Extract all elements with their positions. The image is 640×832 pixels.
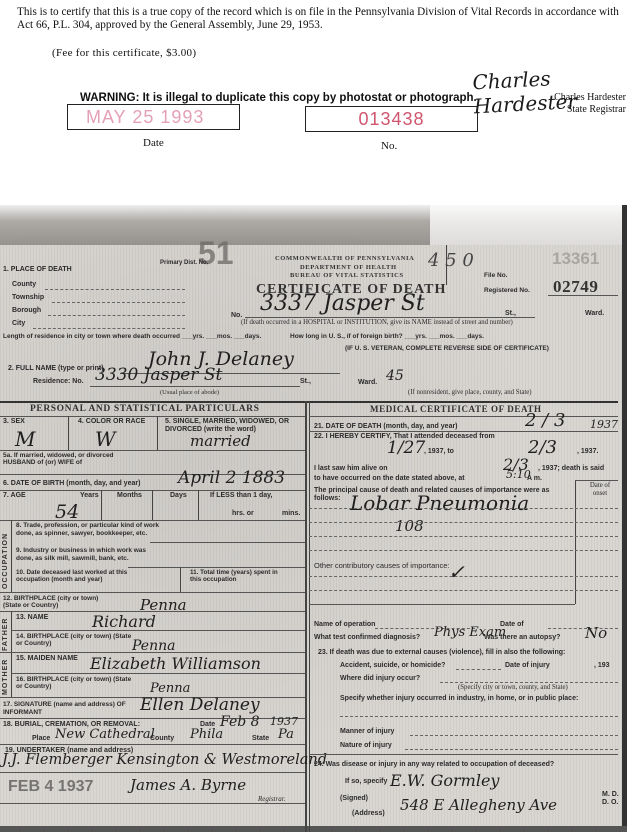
accident-line xyxy=(456,669,501,670)
full-name-label: 2. FULL NAME (type or print) xyxy=(8,365,104,372)
duplication-warning: WARNING: It is illegal to duplicate this… xyxy=(80,92,477,104)
mother-birthplace-label: 16. BIRTHPLACE (city or town) (State or … xyxy=(16,676,136,690)
sex-value: M xyxy=(15,427,35,451)
registrar-title: State Registrar xyxy=(538,104,626,116)
agency-line2: DEPARTMENT OF HEALTH xyxy=(300,264,397,271)
rule xyxy=(0,450,305,451)
rule xyxy=(0,772,305,773)
attended-from-year: , 1937, to xyxy=(424,448,454,455)
scan-edge-bottom xyxy=(0,826,627,832)
father-name-label: 13. NAME xyxy=(16,614,48,621)
nonresident-note: (If nonresident, give place, county, and… xyxy=(408,389,532,396)
burial-place-value: New Cathedral xyxy=(55,727,155,742)
city-line xyxy=(33,328,185,329)
number-label: No. xyxy=(381,140,397,152)
rule xyxy=(575,480,618,481)
divider xyxy=(152,490,153,520)
date-stamp: MAY 25 1993 xyxy=(86,107,204,128)
occupation-related-label: 24. Was disease or injury in any way rel… xyxy=(314,761,554,768)
father-birthplace-label: 14. BIRTHPLACE (city or town) (State or … xyxy=(16,633,136,647)
registered-no-value: 02749 xyxy=(553,277,599,297)
physician-address: 548 E Allegheny Ave xyxy=(400,796,557,814)
rule xyxy=(11,630,305,631)
where-line xyxy=(440,682,618,683)
divider xyxy=(446,245,447,285)
divider xyxy=(11,520,12,592)
filed-stamp: FEB 4 1937 xyxy=(8,778,93,796)
ward-label: Ward. xyxy=(585,310,604,317)
spouse-label: 5a. If married, widowed, or divorced HUS… xyxy=(3,452,133,466)
rule xyxy=(0,592,305,593)
borough-label: Borough xyxy=(12,307,41,314)
physician-signature: E.W. Gormley xyxy=(390,771,499,790)
us-length-label: How long in U. S., if of foreign birth? … xyxy=(290,333,484,340)
personal-section-title: PERSONAL AND STATISTICAL PARTICULARS xyxy=(30,404,260,414)
primary-dist-value: 51 xyxy=(198,235,234,272)
race-value: W xyxy=(95,427,116,451)
burial-county-label: County xyxy=(150,735,174,742)
operation-label: Name of operation xyxy=(314,621,375,628)
residence-label: Residence: No. xyxy=(33,378,84,385)
veteran-note: (IF U. S. VETERAN, COMPLETE REVERSE SIDE… xyxy=(345,345,549,352)
trade-label: 8. Trade, profession, or particular kind… xyxy=(16,522,166,537)
abode-note: (Usual place of abode) xyxy=(160,389,219,396)
death-street-value: 3337 Jasper St xyxy=(260,291,425,316)
scan-edge xyxy=(622,205,627,832)
external-causes-label: 23. If death was due to external causes … xyxy=(318,649,565,656)
manner-label: Manner of injury xyxy=(340,728,394,735)
death-certificate-scan: 51 Primary Dist. No. COMMONWEALTH OF PEN… xyxy=(0,205,627,832)
occupation-side-label: OCCUPATION xyxy=(2,533,9,589)
autopsy-label: Was there an autopsy? xyxy=(484,634,560,641)
contributory-label: Other contributory causes of importance: xyxy=(314,561,449,570)
occurred-label: to have occurred on the date stated abov… xyxy=(314,475,465,482)
industry-line xyxy=(128,567,305,568)
date-stamp-box: MAY 25 1993 xyxy=(67,104,240,130)
onset-divider xyxy=(575,480,576,604)
ward-value: 45 xyxy=(386,368,404,384)
injury-date-label: Date of injury xyxy=(505,662,550,669)
where-label: Where did injury occur? xyxy=(340,675,420,682)
md-label: M. D. xyxy=(602,791,619,798)
burial-place-label: Place xyxy=(32,735,50,742)
rule xyxy=(548,295,618,296)
divider xyxy=(180,567,181,592)
rule xyxy=(309,522,618,523)
nature-label: Nature of injury xyxy=(340,742,392,749)
rule xyxy=(309,576,618,577)
autopsy-value: No xyxy=(585,624,607,642)
dob-label: 6. DATE OF BIRTH (month, day, and year) xyxy=(3,480,140,487)
mother-birthplace-value: Penna xyxy=(150,681,190,696)
number-stamp-box: 013438 xyxy=(305,106,478,132)
rule xyxy=(309,431,618,432)
hospital-note: (If death occurred in a HOSPITAL or INST… xyxy=(241,319,513,326)
months-label: Months xyxy=(117,492,142,499)
registrar-block: Charles Hardester State Registrar xyxy=(538,92,626,116)
rule xyxy=(309,536,618,537)
fee-note: (Fee for this certificate, $3.00) xyxy=(52,47,196,59)
local-registrar-signature: James A. Byrne xyxy=(130,776,246,794)
rule xyxy=(0,416,305,417)
primary-dist-label: Primary Dist. No. xyxy=(160,260,208,266)
residence-line xyxy=(90,386,300,387)
rule xyxy=(309,604,575,605)
burial-county-value: Phila xyxy=(190,727,223,742)
certification-statement: This is to certify that this is a true c… xyxy=(17,6,627,32)
age-label: 7. AGE xyxy=(3,492,26,499)
if-so-label: If so, specify xyxy=(345,778,387,785)
county-label: County xyxy=(12,281,36,288)
injury-year: , 193 xyxy=(594,662,610,669)
borough-line xyxy=(48,315,185,316)
file-no-value: 13361 xyxy=(552,249,599,269)
operation-date-line xyxy=(548,628,618,629)
last-saw-label: I last saw him alive on xyxy=(314,465,388,472)
number-stamp: 013438 xyxy=(358,109,424,130)
mother-side-label: MOTHER xyxy=(2,659,9,695)
street-no-label: No. xyxy=(231,312,242,319)
res-st-label: St., xyxy=(300,378,311,385)
residence-value: 3330 Jasper St xyxy=(95,365,222,385)
address-label: (Address) xyxy=(352,810,385,817)
divider xyxy=(198,490,199,520)
date-label: Date xyxy=(143,137,164,149)
rule xyxy=(0,803,305,804)
agency-line3: BUREAU OF VITAL STATISTICS xyxy=(290,272,404,279)
attended-to-year: , 1937. xyxy=(577,448,598,455)
rule xyxy=(0,744,305,745)
county-line xyxy=(45,289,185,290)
divider xyxy=(101,490,102,520)
undertaker-value: J.J. Flemberger Kensington & Westmorelan… xyxy=(2,752,327,768)
test-label: What test confirmed diagnosis? xyxy=(314,634,420,641)
township-line xyxy=(52,302,185,303)
res-ward-label: Ward. xyxy=(358,379,377,386)
rule xyxy=(309,416,618,417)
accident-label: Accident, suicide, or homicide? xyxy=(340,662,445,669)
do-label: D. O. xyxy=(602,799,618,806)
days-label: Days xyxy=(170,492,187,499)
registrar-name: Charles Hardester xyxy=(538,92,626,104)
last-saw-year: , 1937; death is said xyxy=(538,465,604,472)
divider xyxy=(157,416,158,450)
sex-label: 3. SEX xyxy=(3,418,25,425)
attended-from: 1/27 xyxy=(387,438,425,458)
last-worked-label: 10. Date deceased last worked at this oc… xyxy=(16,569,136,583)
medical-section-title: MEDICAL CERTIFICATE OF DEATH xyxy=(370,404,542,414)
rule xyxy=(309,508,618,509)
rule xyxy=(11,673,305,674)
less-than-day-label: If LESS than 1 day, xyxy=(210,492,273,499)
divider xyxy=(68,416,69,450)
burial-state-label: State xyxy=(252,735,269,742)
scan-noise-band-right xyxy=(430,205,627,245)
date-of-death-year: 1937 xyxy=(590,418,618,431)
burial-state-value: Pa xyxy=(278,727,294,742)
registered-no-label: Registered No. xyxy=(484,287,530,294)
file-no-label: File No. xyxy=(484,272,507,279)
mother-maiden-value: Elizabeth Williamson xyxy=(90,654,261,673)
st-label: St., xyxy=(505,310,516,317)
mother-maiden-label: 15. MAIDEN NAME xyxy=(16,655,78,662)
occurred-suffix: A m. xyxy=(527,475,542,482)
divider xyxy=(11,611,12,697)
township-label: Township xyxy=(12,294,44,301)
mins-label: mins. xyxy=(282,510,300,517)
registrar-label: Registrar. xyxy=(258,795,285,803)
date-of-death-value: 2 / 3 xyxy=(525,410,565,431)
residence-length-label: Length of residence in city or town wher… xyxy=(3,333,261,340)
hrs-label: hrs. or xyxy=(232,510,254,517)
rule xyxy=(309,754,618,755)
father-side-label: FATHER xyxy=(2,618,9,651)
contributory-value: ✓ xyxy=(448,560,465,584)
father-name-value: Richard xyxy=(92,612,156,631)
onset-label: Date of onset xyxy=(585,482,615,498)
marital-value: married xyxy=(190,432,251,450)
cause-value: Lobar Pneumonia xyxy=(350,491,529,515)
handwritten-top-number: 4 5 0 xyxy=(428,250,474,271)
date-of-death-label: 21. DATE OF DEATH (month, day, and year) xyxy=(314,423,458,430)
where-note: (Specify city or town, county, and State… xyxy=(458,684,568,691)
years-label: Years xyxy=(80,492,99,499)
rule xyxy=(0,520,305,521)
cause-code: 108 xyxy=(395,517,424,535)
total-time-label: 11. Total time (years) spent in this occ… xyxy=(190,569,290,583)
informant-label: 17. SIGNATURE (name and address) OF INFO… xyxy=(3,701,143,717)
attended-to: 2/3 xyxy=(528,437,557,458)
agency-line1: COMMONWEALTH OF PENNSYLVANIA xyxy=(275,255,414,262)
burial-date-value: Feb 8 xyxy=(220,714,260,730)
rule xyxy=(309,550,618,551)
dob-value: April 2 1883 xyxy=(178,468,285,488)
place-of-death-label: 1. PLACE OF DEATH xyxy=(3,266,72,273)
race-label: 4. COLOR OR RACE xyxy=(78,418,145,425)
rule xyxy=(0,652,305,653)
birthplace-label: 12. BIRTHPLACE (city or town) (State or … xyxy=(3,595,113,609)
nature-line xyxy=(405,749,618,750)
signed-label: (Signed) xyxy=(340,795,368,802)
rule xyxy=(340,716,618,717)
industry-label: 9. Industry or business in which work wa… xyxy=(16,547,156,562)
manner-line xyxy=(410,735,618,736)
informant-value: Ellen Delaney xyxy=(140,695,260,715)
trade-line xyxy=(150,542,305,543)
city-label: City xyxy=(12,320,25,327)
rule xyxy=(309,590,618,591)
specify-where-label: Specify whether injury occurred in indus… xyxy=(340,695,578,702)
street-line xyxy=(245,317,535,318)
